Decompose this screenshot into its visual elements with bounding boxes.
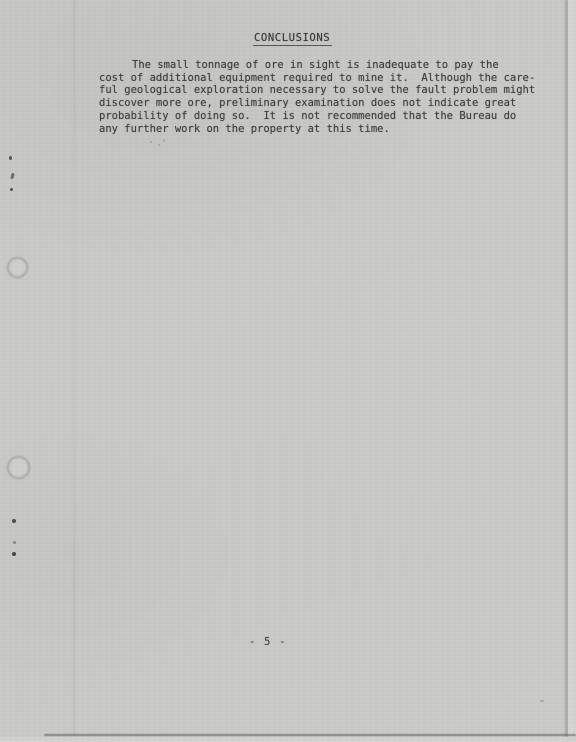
paragraph-line: cost of additional equipment required to… (99, 72, 549, 85)
punch-hole-top (7, 257, 28, 278)
paragraph-line: The small tonnage of ore in sight is ina… (99, 59, 549, 72)
ink-speck (9, 156, 12, 160)
pencil-smudge (150, 141, 152, 143)
paragraph-line: any further work on the property at this… (99, 123, 549, 136)
paragraph-line: probability of doing so. It is not recom… (99, 110, 549, 123)
paragraph-line: ful geological exploration necessary to … (99, 84, 549, 97)
pencil-smudge (163, 139, 165, 142)
ink-speck (12, 552, 16, 556)
ink-speck (10, 188, 13, 191)
punch-hole-bottom (7, 456, 30, 479)
pencil-smudge (158, 144, 160, 146)
page-heading: CONCLUSIONS (253, 32, 332, 46)
page-number: - 5 - (249, 636, 287, 648)
conclusions-paragraph: The small tonnage of ore in sight is ina… (99, 59, 549, 135)
scan-background-right (568, 0, 576, 742)
ink-speck (13, 541, 16, 544)
ink-speck (12, 519, 16, 523)
page-bottom-edge (44, 734, 576, 736)
scanned-page: CONCLUSIONS The small tonnage of ore in … (0, 0, 576, 742)
ink-speck (540, 700, 544, 702)
paragraph-line: discover more ore, preliminary examinati… (99, 97, 549, 110)
paper-crease (73, 0, 75, 737)
scan-background-bottom (0, 737, 576, 742)
